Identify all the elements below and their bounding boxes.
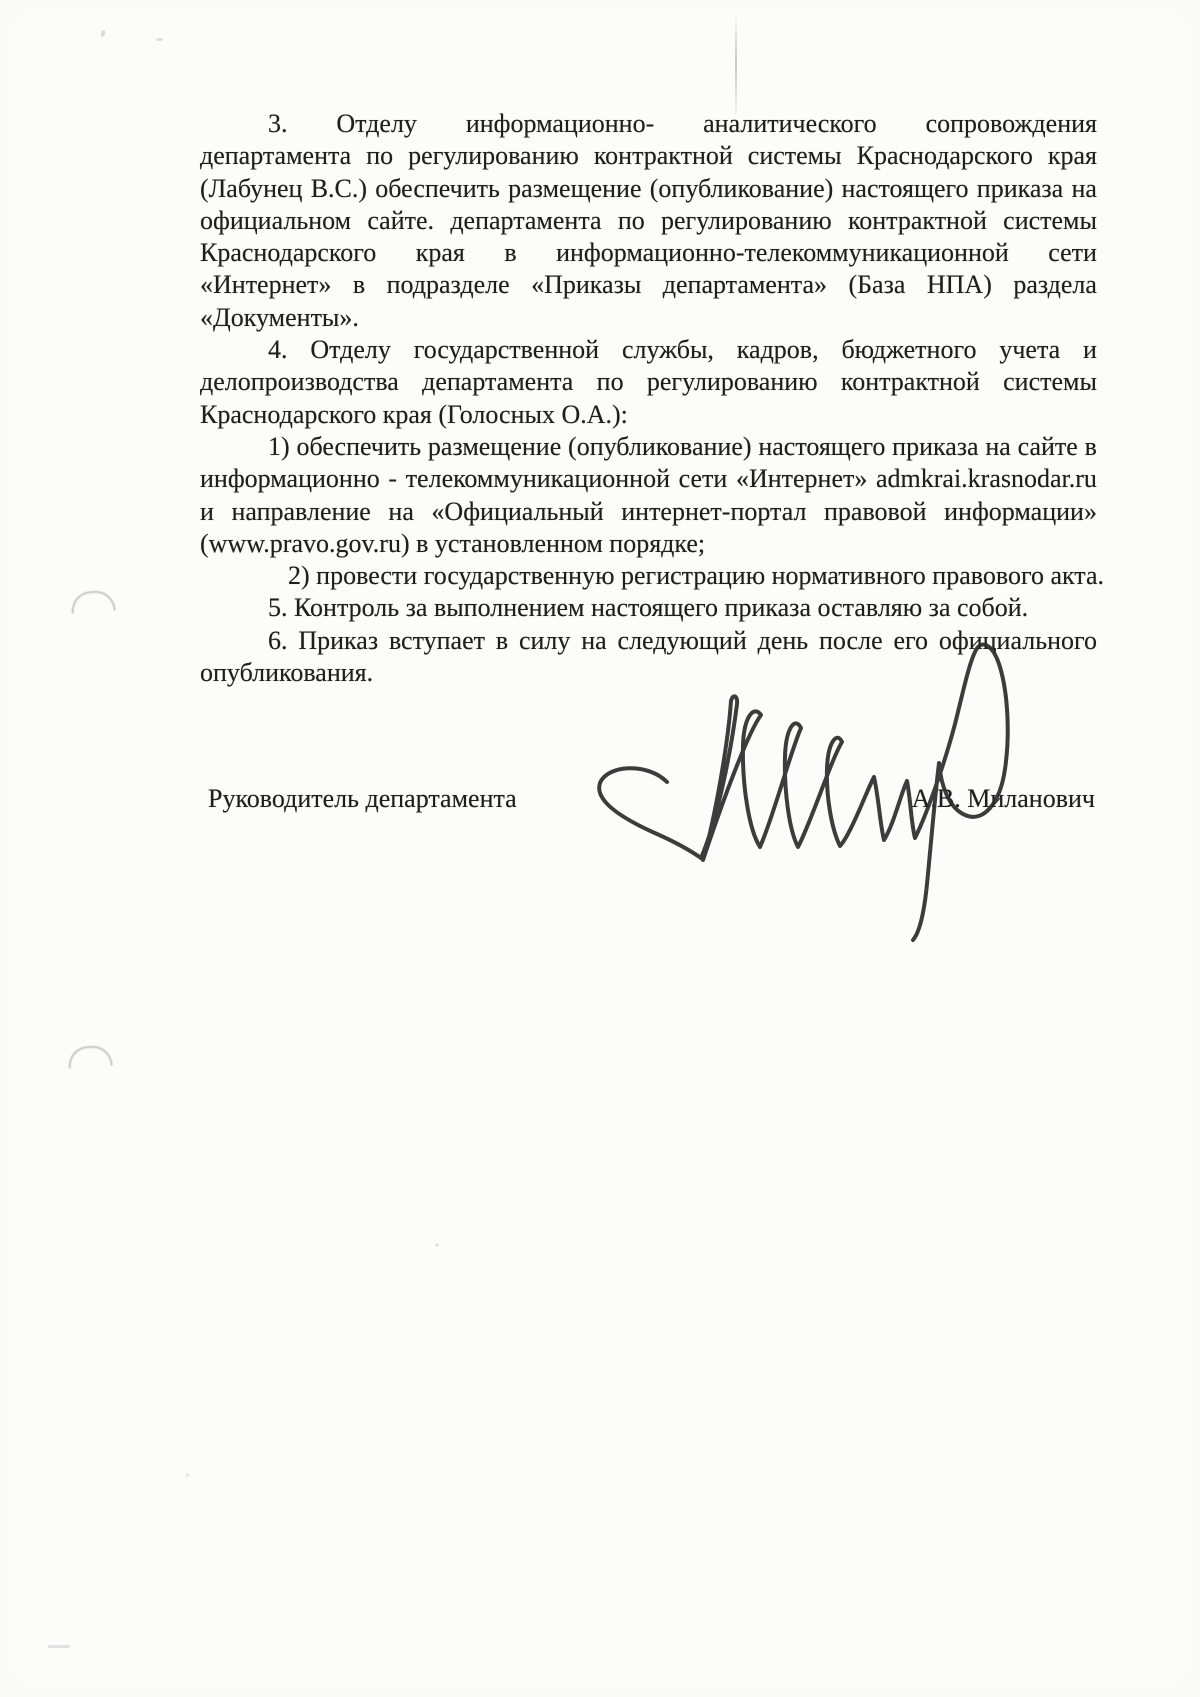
text-line: «Документы». (200, 302, 1097, 334)
text-line: Краснодарского края (Голосных О.А.): (200, 399, 1097, 431)
text-line: департаментапорегулированиюконтрактнойси… (200, 140, 1097, 172)
scan-speck (156, 38, 163, 41)
scanned-document-page: 3.Отделуинформационно-аналитическогосопр… (0, 0, 1200, 1697)
scan-speck (186, 1473, 189, 1477)
text-line: информационно-телекоммуникационнойсети«И… (200, 463, 1097, 495)
text-line: 4.Отделугосударственнойслужбы,кадров,бюд… (200, 334, 1097, 366)
signer-role: Руководитель департамента (208, 784, 517, 814)
scan-speck (100, 30, 106, 38)
hole-punch-shadow (70, 589, 115, 613)
text-line: (ЛабунецВ.С.)обеспечитьразмещение(опубли… (200, 173, 1097, 205)
text-line: «Интернет»вподразделе«Приказыдепартамент… (200, 269, 1097, 301)
scan-speck (435, 1243, 439, 1247)
scan-smudge (48, 1645, 70, 1648)
text-line: делопроизводствадепартаментапорегулирова… (200, 366, 1097, 398)
hole-punch-shadow (67, 1044, 112, 1068)
text-line: Краснодарскогокраявинформационно-телеком… (200, 237, 1097, 269)
text-line: 3.Отделуинформационно-аналитическогосопр… (200, 108, 1097, 140)
text-line: (www.pravo.gov.ru) в установленном поряд… (200, 528, 1097, 560)
text-line: инаправлениена«Официальныйинтернет-порта… (200, 496, 1097, 528)
scan-fold-line (735, 12, 737, 114)
signature (543, 572, 1023, 962)
text-line: официальномсайте.департаментапорегулиров… (200, 205, 1097, 237)
text-line: 1)обеспечитьразмещение(опубликование)нас… (200, 431, 1097, 463)
